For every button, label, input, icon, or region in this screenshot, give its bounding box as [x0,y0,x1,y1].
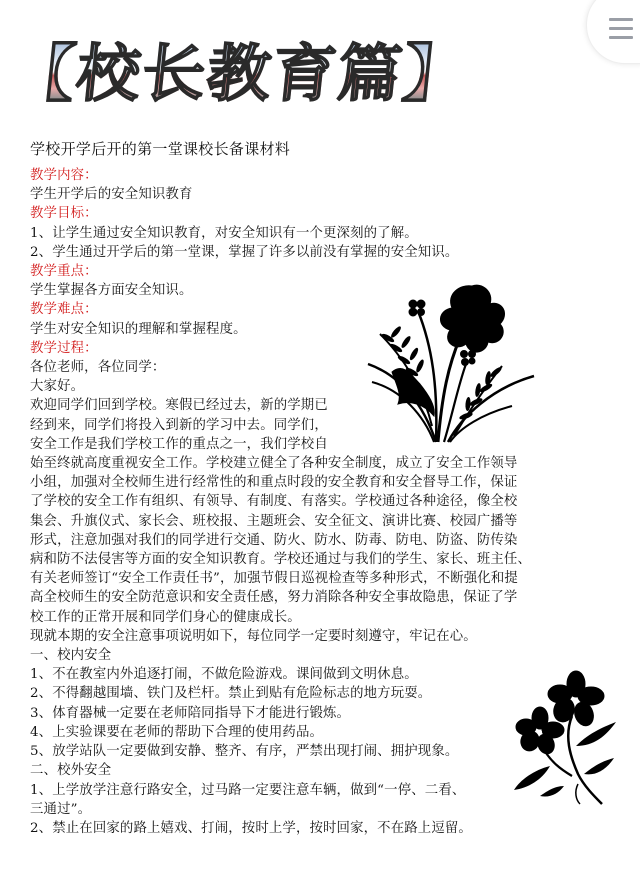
campus-safety-item: 1、不在教室内外追逐打闹，不做危险游戏。课间做到文明休息。 [30,665,570,684]
banner-title: 【校长教育篇】 [16,38,496,110]
speech-line: 病和防不法侵害等方面的安全知识教育。学校还通过与我们的学生、家长、班主任、 [30,550,570,569]
speech-line: 形式，注意加强对我们的同学进行交通、防火、防水、防毒、防电、防盗、防传染 [30,531,570,550]
speech-line: 小组，加强对全校师生进行经常性的和重点时段的安全教育和安全督导工作，保证 [30,473,570,492]
document-title: 学校开学后开的第一堂课校长备课材料 [30,138,570,160]
hamburger-menu-icon [609,18,633,45]
campus-safety-item: 3、体育器械一定要在老师陪同指导下才能进行锻炼。 [30,704,570,723]
flower-bouquet-silhouette-icon [362,276,538,446]
flower-branch-silhouette-icon [506,666,618,806]
section-label-content: 教学内容： [30,166,570,185]
goal-item: 2、学生通过开学后的第一堂课，掌握了许多以前没有掌握的安全知识。 [30,243,570,262]
section-label-goals: 教学目标： [30,204,570,223]
speech-line: 了学校的安全工作有组织、有领导、有制度、有落实。学校通过各种途径，像全校 [30,492,570,511]
speech-line: 集会、升旗仪式、家长会、班校报、主题班会、安全征文、演讲比赛、校园广播等 [30,512,570,531]
speech-line: 高全校师生的安全防范意识和安全责任感，努力消除各种安全事故隐患，保证了学 [30,588,570,607]
banner-title-text: 【校长教育篇】 [8,38,473,110]
off-campus-safety-item: 2、禁止在回家的路上嬉戏、打闹，按时上学，按时回家，不在路上逗留。 [30,819,570,838]
off-campus-safety-item: 三通过”。 [30,800,570,819]
speech-line: 有关老师签订“安全工作责任书”，加强节假日巡视检查等多种形式，不断强化和提 [30,569,570,588]
speech-line: 现就本期的安全注意事项说明如下，每位同学一定要时刻遵守，牢记在心。 [30,627,570,646]
speech-line: 始至终就高度重视安全工作。学校建立健全了各种安全制度，成立了安全工作领导 [30,454,570,473]
off-campus-safety-heading: 二、校外安全 [30,761,570,780]
campus-safety-item: 5、放学站队一定要做到安静、整齐、有序，严禁出现打闹、拥护现象。 [30,742,570,761]
speech-line: 校工作的正常开展和同学们身心的健康成长。 [30,608,570,627]
menu-button[interactable] [586,0,640,64]
campus-safety-item: 4、上实验课要在老师的帮助下合理的使用药品。 [30,723,570,742]
campus-safety-heading: 一、校内安全 [30,646,570,665]
goal-item: 1、让学生通过安全知识教育，对安全知识有一个更深刻的了解。 [30,224,570,243]
content-text: 学生开学后的安全知识教育 [30,185,570,204]
document-body: 学校开学后开的第一堂课校长备课材料 教学内容： 学生开学后的安全知识教育 教学目… [30,138,570,838]
off-campus-safety-item: 1、上学放学注意行路安全，过马路一定要注意车辆，做到“一停、二看、 [30,781,570,800]
campus-safety-item: 2、不得翻越围墙、铁门及栏杆。禁止到贴有危险标志的地方玩耍。 [30,684,570,703]
